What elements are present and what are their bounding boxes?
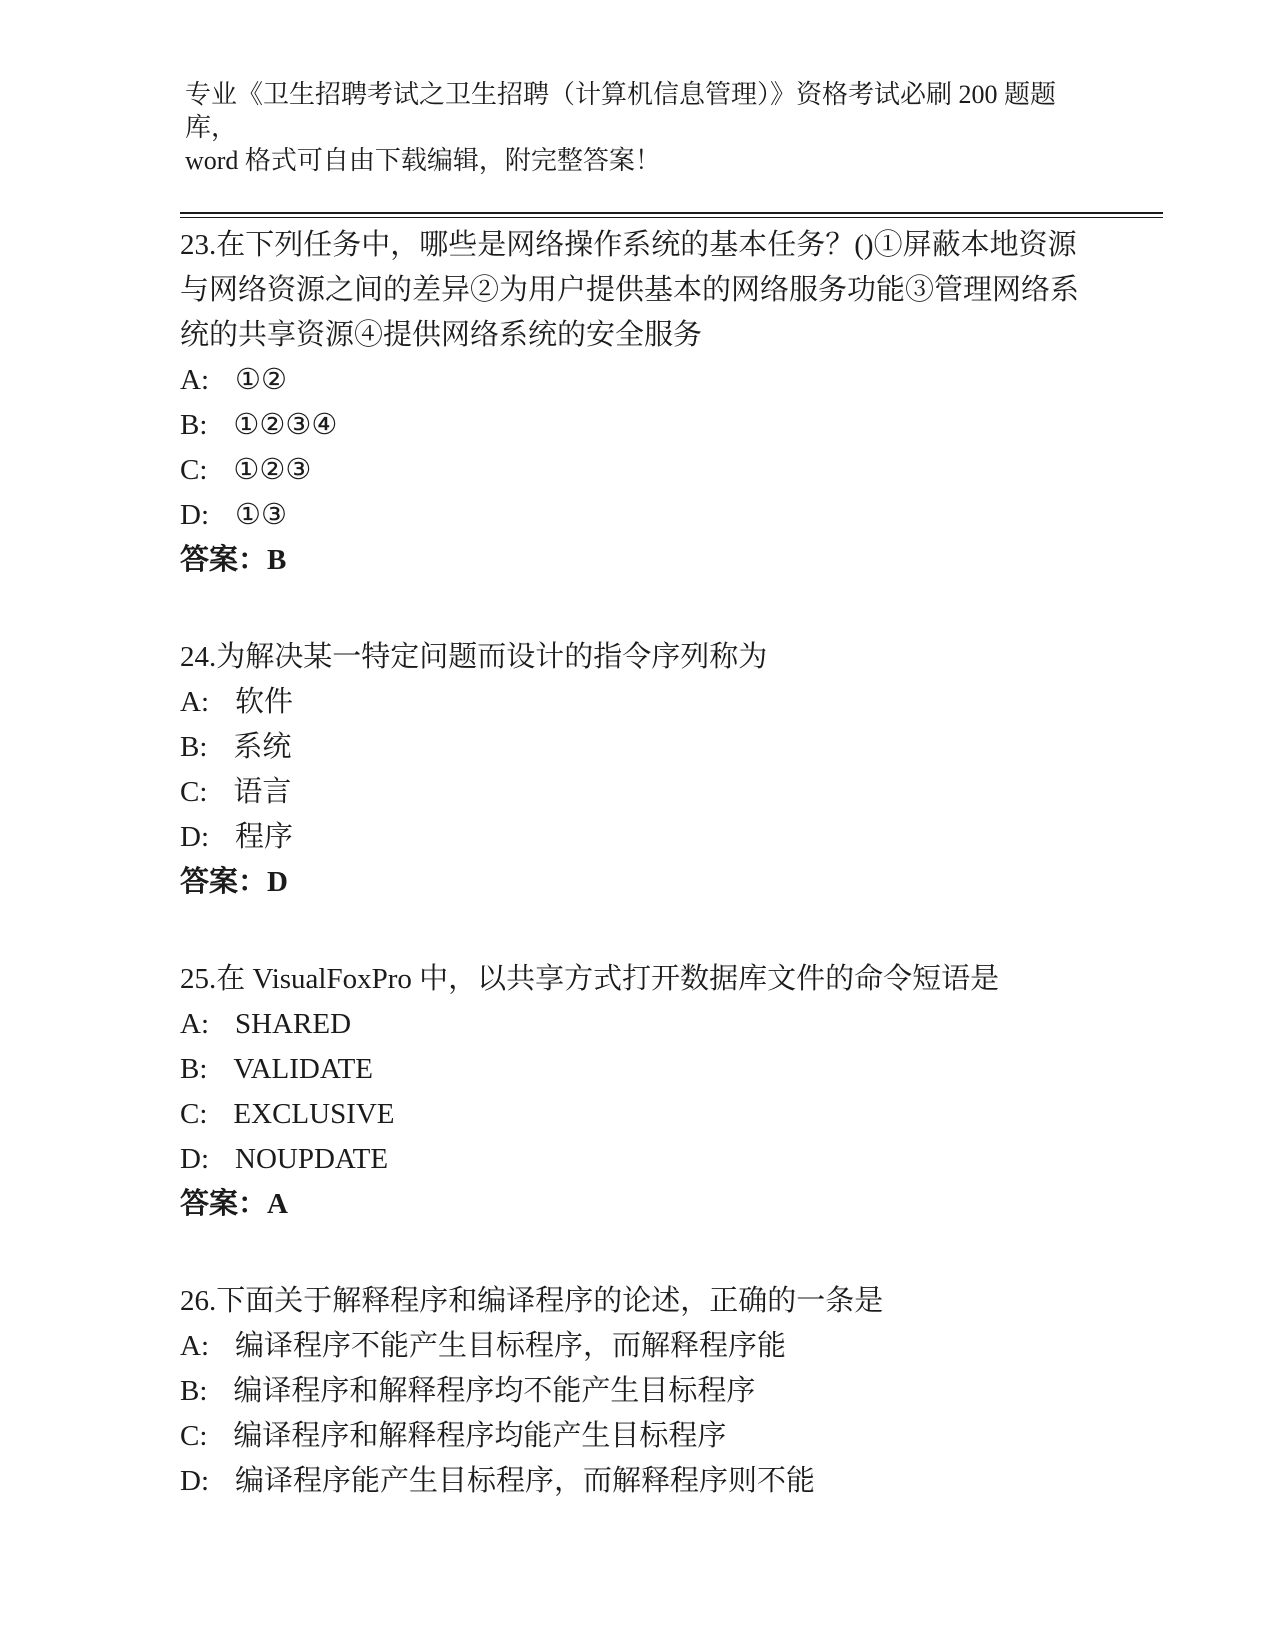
question-stem: 25.在 VisualFoxPro 中，以共享方式打开数据库文件的命令短语是 — [180, 957, 1100, 1002]
option-text: 语言 — [233, 776, 291, 808]
option-text: VALIDATE — [233, 1053, 373, 1085]
option-label: D: — [180, 499, 209, 531]
option-row-b: B:①②③④ — [180, 403, 1100, 448]
option-row-b: B:编译程序和解释程序均不能产生目标程序 — [180, 1369, 1100, 1414]
option-label: A: — [180, 364, 209, 396]
option-row-c: C:编译程序和解释程序均能产生目标程序 — [180, 1414, 1100, 1459]
question-25: 25.在 VisualFoxPro 中，以共享方式打开数据库文件的命令短语是 A… — [180, 957, 1100, 1227]
question-stem: 23.在下列任务中，哪些是网络操作系统的基本任务？()①屏蔽本地资源与网络资源之… — [180, 223, 1100, 358]
option-row-c: C:①②③ — [180, 448, 1100, 493]
question-text: 在 VisualFoxPro 中，以共享方式打开数据库文件的命令短语是 — [216, 963, 999, 995]
question-text: 在下列任务中，哪些是网络操作系统的基本任务？()①屏蔽本地资源与网络资源之间的差… — [180, 229, 1079, 351]
option-row-d: D:编译程序能产生目标程序，而解释程序则不能 — [180, 1459, 1100, 1504]
question-23: 23.在下列任务中，哪些是网络操作系统的基本任务？()①屏蔽本地资源与网络资源之… — [180, 223, 1100, 583]
question-text: 为解决某一特定问题而设计的指令序列称为 — [216, 641, 767, 673]
option-row-a: A:SHARED — [180, 1002, 1100, 1047]
question-26: 26.下面关于解释程序和编译程序的论述，正确的一条是 A:编译程序不能产生目标程… — [180, 1279, 1100, 1504]
question-text: 下面关于解释程序和编译程序的论述，正确的一条是 — [216, 1285, 883, 1317]
answer-label: 答案： — [180, 1188, 267, 1220]
option-row-a: A:软件 — [180, 680, 1100, 725]
answer-value: B — [267, 544, 286, 576]
answer-label: 答案： — [180, 866, 267, 898]
option-label: B: — [180, 1375, 207, 1407]
option-text: ①②③④ — [233, 409, 337, 441]
option-label: C: — [180, 454, 207, 486]
document-body: 23.在下列任务中，哪些是网络操作系统的基本任务？()①屏蔽本地资源与网络资源之… — [180, 223, 1100, 1504]
option-text: 编译程序和解释程序均不能产生目标程序 — [233, 1375, 755, 1407]
option-row-c: C:EXCLUSIVE — [180, 1092, 1100, 1137]
option-label: A: — [180, 1008, 209, 1040]
question-number: 25. — [180, 963, 216, 995]
header-separator-rule — [180, 212, 1163, 218]
option-row-a: A:编译程序不能产生目标程序，而解释程序能 — [180, 1324, 1100, 1369]
question-stem: 26.下面关于解释程序和编译程序的论述，正确的一条是 — [180, 1279, 1100, 1324]
option-label: D: — [180, 1143, 209, 1175]
option-text: SHARED — [235, 1008, 351, 1040]
option-label: A: — [180, 686, 209, 718]
answer-value: A — [267, 1188, 288, 1220]
option-row-d: D:NOUPDATE — [180, 1137, 1100, 1182]
answer-row: 答案：D — [180, 860, 1100, 905]
option-text: 程序 — [235, 821, 293, 853]
option-row-a: A:①② — [180, 358, 1100, 403]
question-24: 24.为解决某一特定问题而设计的指令序列称为 A:软件 B:系统 C:语言 D:… — [180, 635, 1100, 905]
header-line-1: 专业《卫生招聘考试之卫生招聘（计算机信息管理）》资格考试必刷 200 题题库， — [185, 78, 1100, 144]
option-row-c: C:语言 — [180, 770, 1100, 815]
option-text: 编译程序能产生目标程序，而解释程序则不能 — [235, 1465, 815, 1497]
answer-row: 答案：A — [180, 1182, 1100, 1227]
option-text: ①③ — [235, 499, 287, 531]
option-text: 软件 — [235, 686, 293, 718]
option-text: NOUPDATE — [235, 1143, 388, 1175]
question-stem: 24.为解决某一特定问题而设计的指令序列称为 — [180, 635, 1100, 680]
option-label: A: — [180, 1330, 209, 1362]
question-number: 26. — [180, 1285, 216, 1317]
header-line-2: word 格式可自由下载编辑，附完整答案！ — [185, 144, 1100, 177]
option-label: C: — [180, 776, 207, 808]
question-number: 23. — [180, 229, 216, 261]
answer-row: 答案：B — [180, 538, 1100, 583]
option-label: D: — [180, 821, 209, 853]
option-row-d: D:程序 — [180, 815, 1100, 860]
answer-value: D — [267, 866, 288, 898]
answer-label: 答案： — [180, 544, 267, 576]
question-number: 24. — [180, 641, 216, 673]
option-text: 编译程序不能产生目标程序，而解释程序能 — [235, 1330, 786, 1362]
option-label: B: — [180, 731, 207, 763]
option-row-b: B:VALIDATE — [180, 1047, 1100, 1092]
option-text: ①② — [235, 364, 287, 396]
option-text: EXCLUSIVE — [233, 1098, 394, 1130]
option-row-d: D:①③ — [180, 493, 1100, 538]
document-page: 专业《卫生招聘考试之卫生招聘（计算机信息管理）》资格考试必刷 200 题题库， … — [0, 0, 1275, 1650]
option-label: B: — [180, 409, 207, 441]
option-label: B: — [180, 1053, 207, 1085]
option-label: C: — [180, 1098, 207, 1130]
option-text: ①②③ — [233, 454, 311, 486]
document-header: 专业《卫生招聘考试之卫生招聘（计算机信息管理）》资格考试必刷 200 题题库， … — [185, 78, 1100, 177]
option-label: D: — [180, 1465, 209, 1497]
option-text: 编译程序和解释程序均能产生目标程序 — [233, 1420, 726, 1452]
option-row-b: B:系统 — [180, 725, 1100, 770]
option-label: C: — [180, 1420, 207, 1452]
option-text: 系统 — [233, 731, 291, 763]
